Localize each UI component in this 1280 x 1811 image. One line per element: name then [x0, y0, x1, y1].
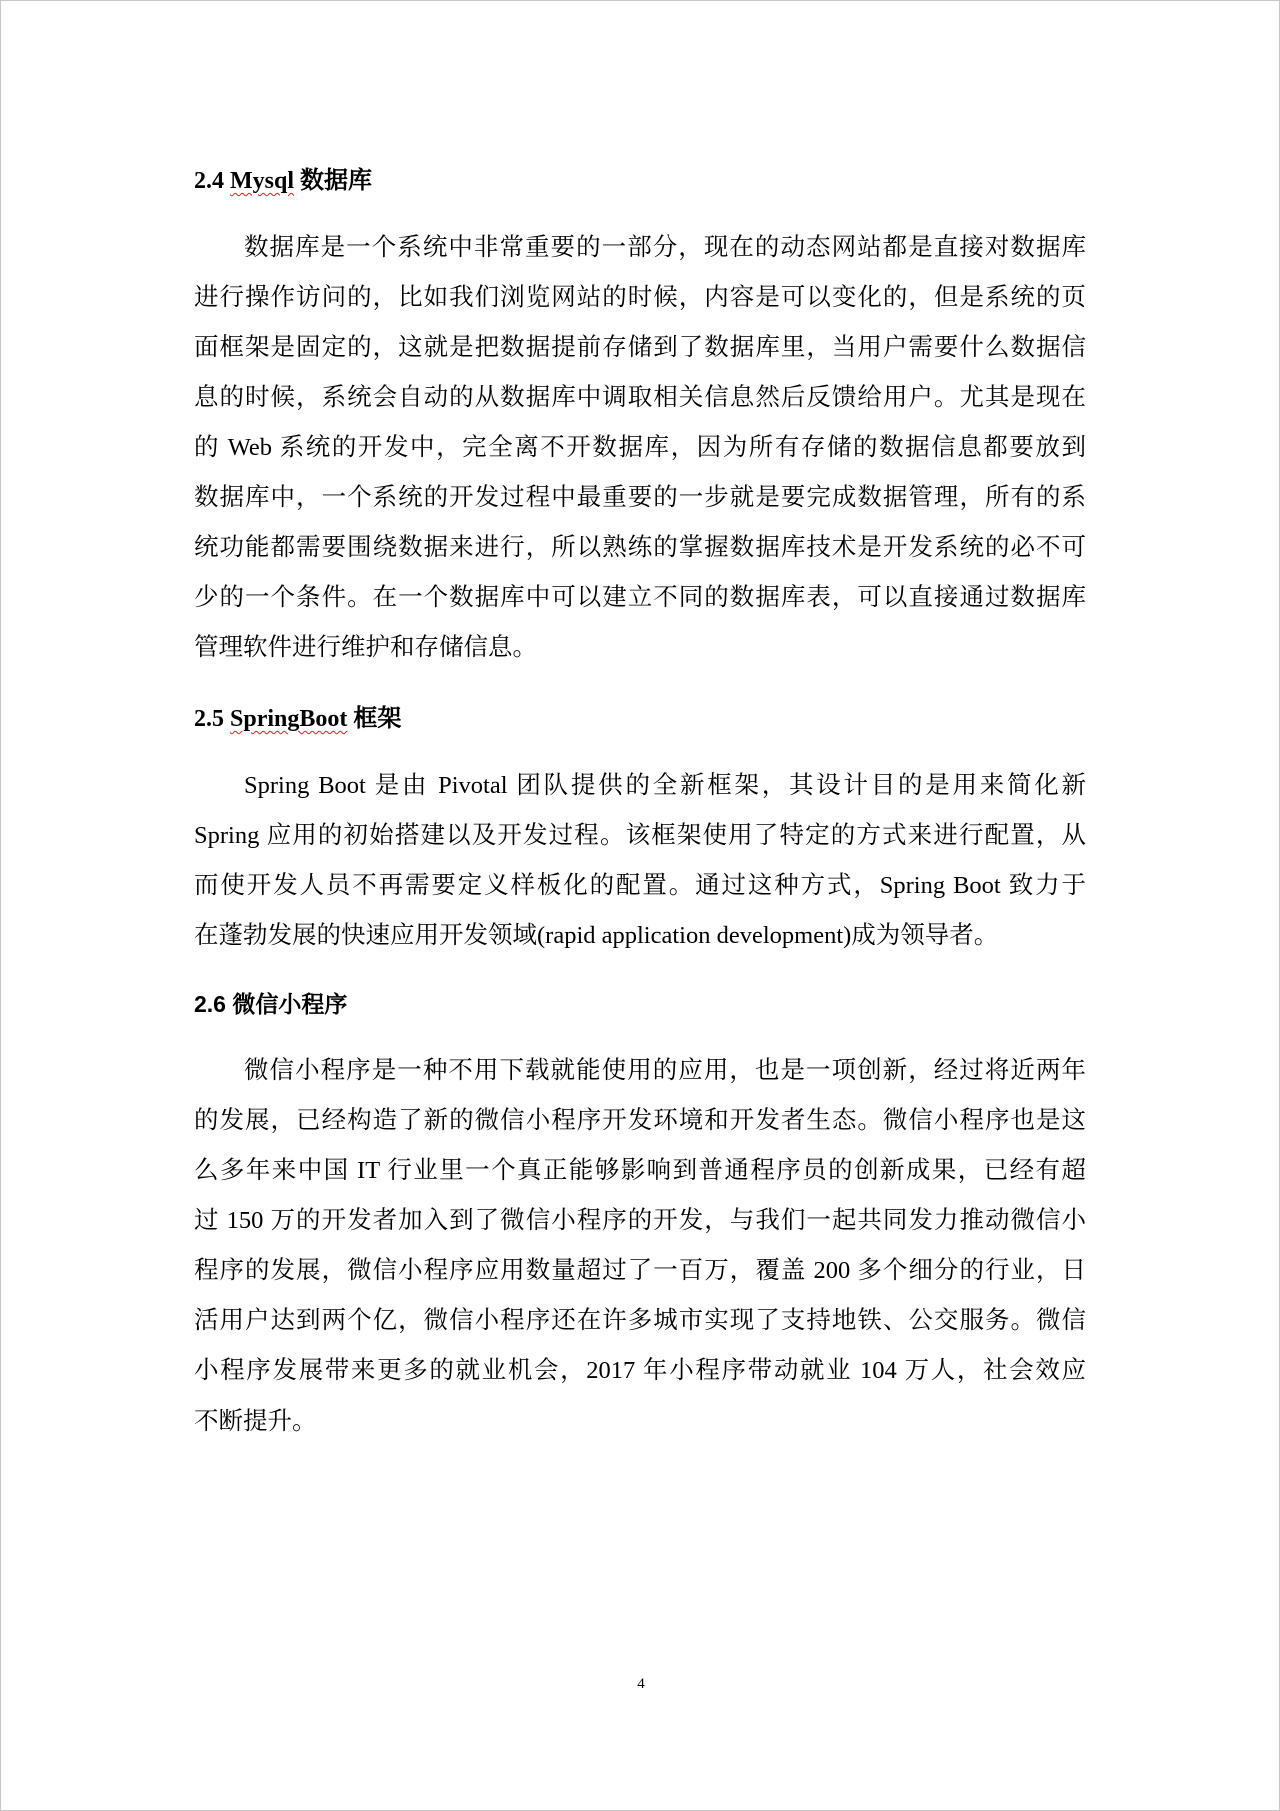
section-title: 数据库: [300, 168, 372, 194]
paragraph-line: 小程序发展带来更多的就业机会，2017 年小程序带动就业 104 万人，社会效应: [194, 1346, 1086, 1396]
paragraph-line: 么多年来中国 IT 行业里一个真正能够影响到普通程序员的创新成果，已经有超: [194, 1146, 1086, 1196]
spellcheck-flagged-term: Mysql: [230, 168, 294, 194]
paragraph-line: 少的一个条件。在一个数据库中可以建立不同的数据库表，可以直接通过数据库: [194, 573, 1086, 623]
section-number: 2.4: [194, 168, 224, 194]
paragraph-line: 在蓬勃发展的快速应用开发领域(rapid application develop…: [194, 911, 1086, 961]
paragraph-line: 面框架是固定的，这就是把数据提前存储到了数据库里，当用户需要什么数据信: [194, 323, 1086, 373]
paragraph-line: 活用户达到两个亿，微信小程序还在许多城市实现了支持地铁、公交服务。微信: [194, 1296, 1086, 1346]
paragraph-line: 不断提升。: [194, 1397, 1086, 1447]
section-heading-2-4: 2.4 Mysql 数据库: [194, 161, 372, 201]
paragraph-line: 程序的发展，微信小程序应用数量超过了一百万，覆盖 200 多个细分的行业，日: [194, 1246, 1086, 1296]
section-number: 2.6: [194, 991, 226, 1017]
paragraph-line: 的发展，已经构造了新的微信小程序开发环境和开发者生态。微信小程序也是这: [194, 1096, 1086, 1146]
paragraph-line: 而使开发人员不再需要定义样板化的配置。通过这种方式，Spring Boot 致力…: [194, 861, 1086, 911]
paragraph-line: 数据库中，一个系统的开发过程中最重要的一步就是要完成数据管理，所有的系: [194, 473, 1086, 523]
page-number: 4: [631, 1673, 651, 1695]
paragraph-line: 进行操作访问的，比如我们浏览网站的时候，内容是可以变化的，但是系统的页: [194, 273, 1086, 323]
document-page: 2.4 Mysql 数据库 数据库是一个系统中非常重要的一部分，现在的动态网站都…: [0, 0, 1280, 1811]
spellcheck-flagged-term: SpringBoot: [230, 706, 347, 732]
paragraph-line: 的 Web 系统的开发中，完全离不开数据库，因为所有存储的数据信息都要放到: [194, 423, 1086, 473]
section-number: 2.5: [194, 706, 224, 732]
paragraph-line: 管理软件进行维护和存储信息。: [194, 623, 1086, 673]
paragraph-line: 数据库是一个系统中非常重要的一部分，现在的动态网站都是直接对数据库: [244, 223, 1086, 273]
section-title: 微信小程序: [232, 991, 347, 1017]
paragraph-line: 微信小程序是一种不用下载就能使用的应用，也是一项创新，经过将近两年: [244, 1046, 1086, 1096]
section-heading-2-5: 2.5 SpringBoot 框架: [194, 699, 401, 739]
paragraph-line: 过 150 万的开发者加入到了微信小程序的开发，与我们一起共同发力推动微信小: [194, 1196, 1086, 1246]
section-title: 框架: [353, 706, 401, 732]
section-heading-2-6: 2.6 微信小程序: [194, 984, 347, 1024]
paragraph-line: Spring 应用的初始搭建以及开发过程。该框架使用了特定的方式来进行配置，从: [194, 811, 1086, 861]
paragraph-line: 统功能都需要围绕数据来进行，所以熟练的掌握数据库技术是开发系统的必不可: [194, 523, 1086, 573]
paragraph-line: 息的时候，系统会自动的从数据库中调取相关信息然后反馈给用户。尤其是现在: [194, 373, 1086, 423]
paragraph-line: Spring Boot 是由 Pivotal 团队提供的全新框架，其设计目的是用…: [244, 761, 1086, 811]
